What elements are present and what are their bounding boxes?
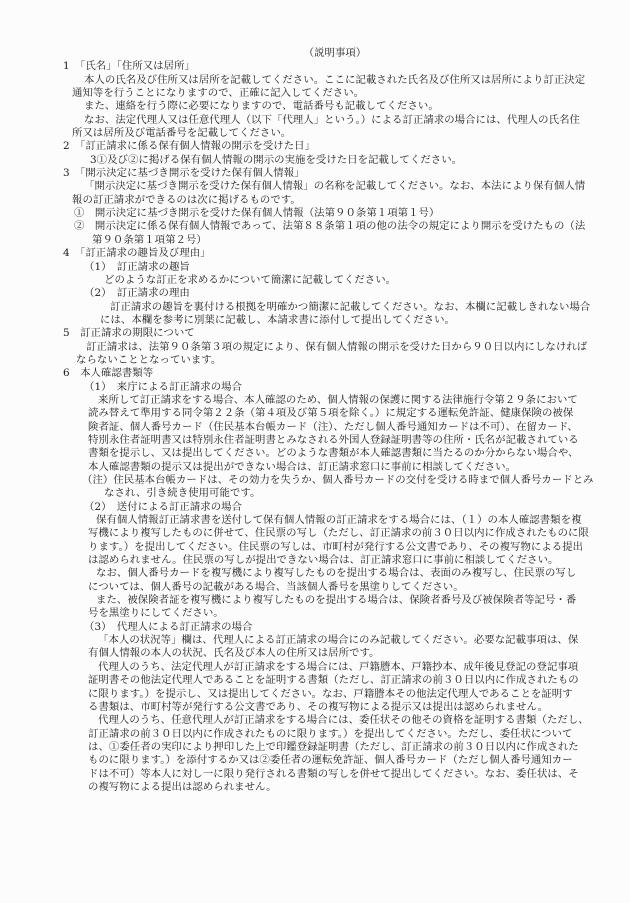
body-line: 「開示決定に基づき開示を受けた保有個人情報」の名称を記載してください。なお、本法… <box>0 180 630 193</box>
body-line: 報の訂正請求ができるのは次に掲げるものです。 <box>0 194 630 207</box>
section-3: 3 「開示決定に基づき開示を受けた保有個人情報」 「開示決定に基づき開示を受けた… <box>0 167 630 247</box>
subsection-heading: （2） 送付による訂正請求の場合 <box>0 501 630 514</box>
list-item: ② 開示決定に係る保有個人情報であって、法第８８条第１項の他の法令の規定により開… <box>0 220 630 233</box>
body-line: 訂正請求は、法第９０条第３項の規定により、保有個人情報の開示を受けた日から９０日… <box>0 341 630 354</box>
subsection-heading: （1） 来庁による訂正請求の場合 <box>0 381 630 394</box>
body-line: 代理人のうち、任意代理人が訂正請求をする場合には、委任状その他その資格を証明する… <box>0 714 630 727</box>
body-line: は、①委任者の実印により押印した上で印鑑登録証明書（ただし、訂正請求の前３０日以… <box>0 741 630 754</box>
body-line: 写機により複写したものに併せて、住民票の写し（ただし、訂正請求の前３０日以内に作… <box>0 527 630 540</box>
body-line: る書類は、市町村等が発行する公文書であり、その複写物による提示又は提出は認められ… <box>0 701 630 714</box>
body-line: は認められません。住民票の写しが提出できない場合は、訂正請求窓口に事前に相談して… <box>0 554 630 567</box>
section-6: 6 本人確認書類等 （1） 来庁による訂正請求の場合 来所して訂正請求をする場合… <box>0 367 630 794</box>
body-line: 訂正請求の前３０日以内に作成されたものに限ります。）を提出してください。ただし、… <box>0 728 630 741</box>
body-line: 険者証、個人番号カード（住民基本台帳カード（注）、ただし個人番号通知カードは不可… <box>0 421 630 434</box>
section-1: 1 「氏名」「住所又は居所」 本人の氏名及び住所又は居所を記載してください。ここ… <box>0 60 630 140</box>
body-line: また、被保険者証を複写機により複写したものを提出する場合は、保険者番号及び被保険… <box>0 594 630 607</box>
section-heading: 1 「氏名」「住所又は居所」 <box>0 60 630 73</box>
subsection-heading: （2） 訂正請求の理由 <box>0 287 630 300</box>
body-line: 代理人のうち、法定代理人が訂正請求をする場合には、戸籍謄本、戸籍抄本、成年後見登… <box>0 661 630 674</box>
body-line: 来所して訂正請求をする場合、本人確認のため、個人情報の保護に関する法律施行令第２… <box>0 394 630 407</box>
section-heading: 6 本人確認書類等 <box>0 367 630 380</box>
section-heading: 3 「開示決定に基づき開示を受けた保有個人情報」 <box>0 167 630 180</box>
subsection-heading: （1） 訂正請求の趣旨 <box>0 261 630 274</box>
note-line: なされ、引き続き使用可能です。 <box>0 487 630 500</box>
body-line: ドは不可）等本人に対し一に限り発行される書類の写しを併せて提出してください。なお… <box>0 768 630 781</box>
body-line: 読み替えて準用する同令第２２条（第４項及び第５項を除く。）に規定する運転免許証、… <box>0 407 630 420</box>
body-line: 特別永住者証明書又は特別永住者証明書とみなされる外国人登録証明書等の住所・氏名が… <box>0 434 630 447</box>
body-line: 号を黒塗りにしてください。 <box>0 607 630 620</box>
body-line: どのような訂正を求めるかについて簡潔に記載してください。 <box>0 274 630 287</box>
body-line: 有個人情報の本人の状況、氏名及び本人の住所又は居所です。 <box>0 647 630 660</box>
body-line: 証明書その他法定代理人であることを証明する書類（ただし、訂正請求の前３０日以内に… <box>0 674 630 687</box>
body-line: には、本欄を参考に別葉に記載し、本請求書に添付して提出してください。 <box>0 314 630 327</box>
body-line: 書類を提示し、又は提出してください。どのような書類が本人確認書類に当たるのか分か… <box>0 447 630 460</box>
body-line: 3①及び②に掲げる保有個人情報の開示の実施を受けた日を記載してください。 <box>0 154 630 167</box>
body-line: 通知等を行うことになりますので、正確に記入してください。 <box>0 87 630 100</box>
section-2: 2 「訂正請求に係る保有個人情報の開示を受けた日」 3①及び②に掲げる保有個人情… <box>0 140 630 167</box>
section-heading: 4 「訂正請求の趣旨及び理由」 <box>0 247 630 260</box>
body-line: に限ります。）を提示し、又は提出してください。なお、戸籍謄本その他法定代理人であ… <box>0 688 630 701</box>
body-line: なお、法定代理人又は任意代理人（以下「代理人」という。）による訂正請求の場合には… <box>0 114 630 127</box>
body-line: 「本人の状況等」欄は、代理人による訂正請求の場合にのみ記載してください。必要な記… <box>0 634 630 647</box>
body-line: 所又は居所及び電話番号を記載してください。 <box>0 127 630 140</box>
body-line: の複写物による提出は認められません。 <box>0 781 630 794</box>
document-title: （説明事項） <box>40 47 630 60</box>
body-line: ものに限ります。）を添付するか又は②委任者の運転免許証、個人番号カード（ただし個… <box>0 754 630 767</box>
section-heading: 2 「訂正請求に係る保有個人情報の開示を受けた日」 <box>0 140 630 153</box>
body-line: ります。）を提出してください。住民票の写しは、市町村が発行する公文書であり、その… <box>0 541 630 554</box>
body-line: なお、個人番号カードを複写機により複写したものを提出する場合は、表面のみ複写し、… <box>0 567 630 580</box>
list-item: ① 開示決定に基づき開示を受けた保有個人情報（法第９０条第１項第１号） <box>0 207 630 220</box>
section-heading: 5 訂正請求の期限について <box>0 327 630 340</box>
body-line: 本人確認書類の提示又は提出ができない場合は、訂正請求窓口に事前に相談してください… <box>0 461 630 474</box>
section-4: 4 「訂正請求の趣旨及び理由」 （1） 訂正請求の趣旨 どのような訂正を求めるか… <box>0 247 630 327</box>
section-5: 5 訂正請求の期限について 訂正請求は、法第９０条第３項の規定により、保有個人情… <box>0 327 630 367</box>
list-item-continuation: 第９０条第１項第２号） <box>0 234 630 247</box>
body-line: ならないこととなっています。 <box>0 354 630 367</box>
body-line: 保有個人情報訂正請求書を送付して保有個人情報の訂正請求をする場合には、（１）の本… <box>0 514 630 527</box>
body-line: 本人の氏名及び住所又は居所を記載してください。ここに記載された氏名及び住所又は居… <box>0 74 630 87</box>
body-line: については、個人番号の記載がある場合、当該個人番号を黒塗りしてください。 <box>0 581 630 594</box>
body-line: 訂正請求の趣旨を裏付ける根拠を明確かつ簡潔に記載してください。なお、本欄に記載し… <box>0 301 630 314</box>
body-line: また、連絡を行う際に必要になりますので、電話番号も記載してください。 <box>0 100 630 113</box>
subsection-heading: （3） 代理人による訂正請求の場合 <box>0 621 630 634</box>
explanatory-notes-page: （説明事項） 1 「氏名」「住所又は居所」 本人の氏名及び住所又は居所を記載して… <box>0 47 630 794</box>
note-line: （注）住民基本台帳カードは、その効力を失うか、個人番号カードの交付を受ける時まで… <box>0 474 630 487</box>
